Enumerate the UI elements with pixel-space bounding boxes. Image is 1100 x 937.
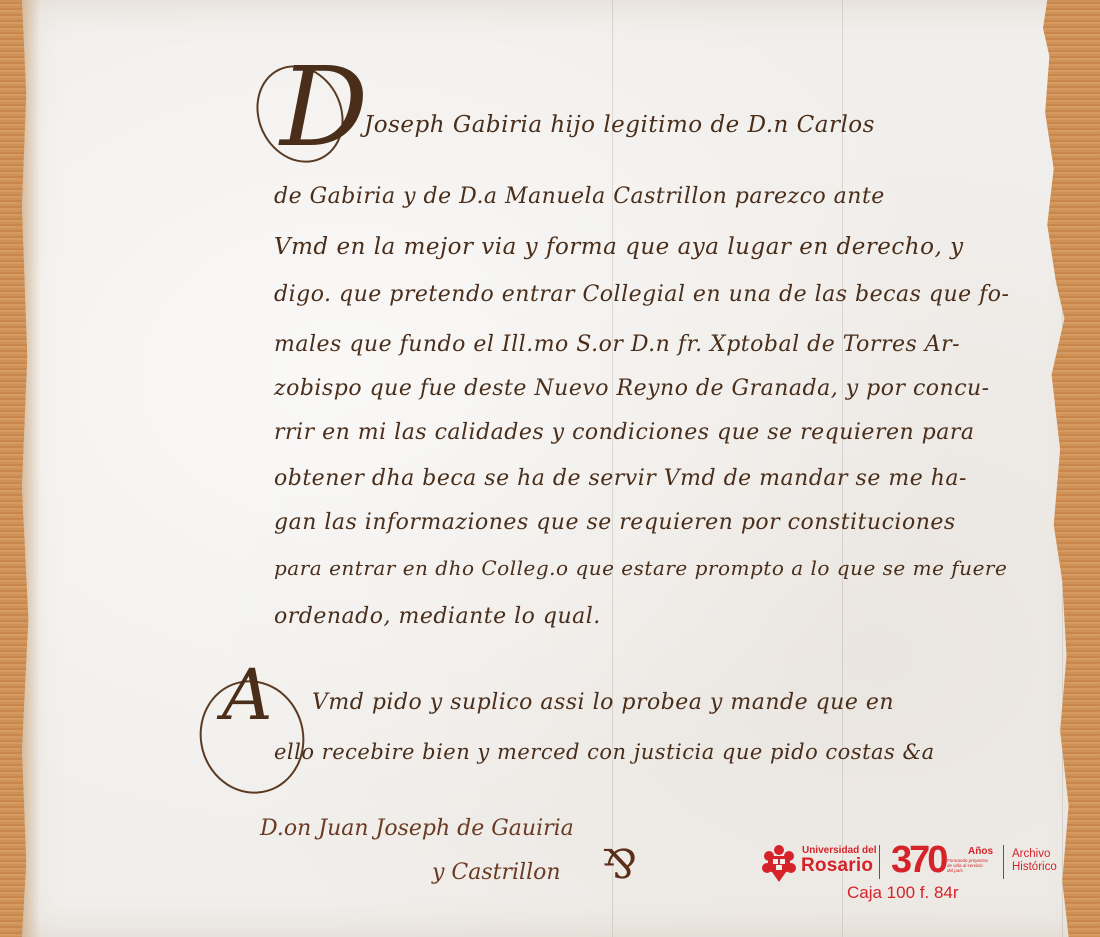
logo-divider [1003, 845, 1004, 879]
manuscript-page: D Joseph Gabiria hijo legitimo de D.n Ca… [22, 0, 1090, 937]
archive-name-line2: Histórico [1012, 861, 1057, 874]
initial-capital: D [280, 52, 368, 162]
text-line-11: ordenado, mediante lo qual. [274, 604, 601, 629]
logo-divider [879, 845, 880, 879]
closing-line-2: ello recebire bien y merced con justicia… [274, 740, 935, 764]
closing-initial: A [222, 660, 273, 730]
text-line-3: Vmd en la mejor via y forma que aya luga… [274, 234, 964, 260]
text-line-6: zobispo que fue deste Nuevo Reyno de Gra… [274, 376, 990, 401]
text-line-1: Joseph Gabiria hijo legitimo de D.n Carl… [364, 112, 875, 138]
anniversary-label: Años [968, 846, 993, 857]
signature-surname: y Castrillon [432, 860, 561, 885]
text-line-5: males que fundo el Ill.mo S.or D.n fr. X… [274, 332, 960, 357]
archive-reference: Caja 100 f. 84r [847, 883, 959, 903]
archive-name: Archivo Histórico [1012, 848, 1057, 874]
archive-logo: Universidad del Rosario 370 Años Formand… [760, 840, 1070, 930]
university-name: Rosario [801, 855, 873, 877]
text-line-9: gan las informaziones que se requieren p… [274, 510, 956, 535]
text-line-8: obtener dha beca se ha de servir Vmd de … [274, 466, 967, 491]
archive-name-line1: Archivo [1012, 848, 1057, 861]
text-line-10: para entrar en dho Colleg.o que estare p… [274, 556, 1007, 580]
closing-line-1: Vmd pido y suplico assi lo probea y mand… [312, 690, 894, 715]
paper-fold-line [1062, 0, 1063, 937]
text-line-4: digo. que pretendo entrar Collegial en u… [274, 282, 1009, 307]
text-line-2: de Gabiria y de D.a Manuela Castrillon p… [274, 184, 885, 209]
text-line-7: rrir en mi las calidades y condiciones q… [274, 420, 974, 445]
anniversary-number: 370 [891, 839, 945, 882]
anniversary-tagline: Formando proyectos de vida al servicio d… [947, 858, 989, 873]
signature-rubric: ⅋ [602, 842, 638, 888]
signature-name: D.on Juan Joseph de Gauiria [260, 816, 574, 841]
university-crest-icon [760, 842, 798, 882]
